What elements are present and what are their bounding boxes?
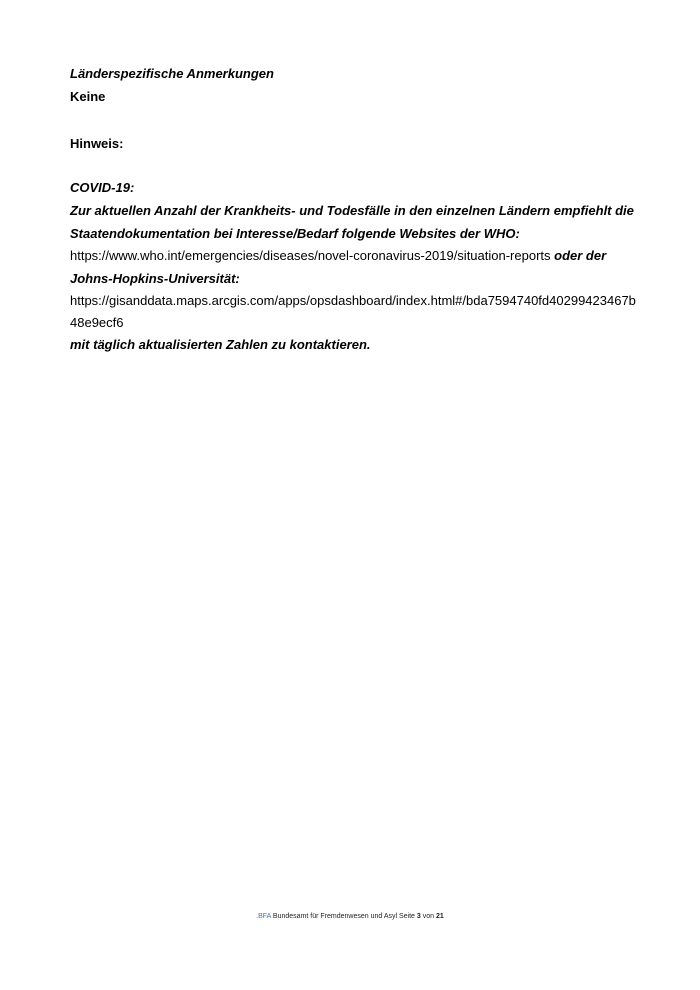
country-notes-heading: Länderspezifische Anmerkungen: [70, 66, 274, 82]
bfa-logo-text: .BFA: [256, 913, 271, 920]
footer-organization: Bundesamt für Fremdenwesen und Asyl: [273, 913, 397, 920]
footer-page-label: Seite: [399, 913, 415, 920]
footer-page-current: 3: [417, 913, 421, 920]
closing-text: mit täglich aktualisierten Zahlen zu kon…: [70, 337, 371, 353]
who-url-link[interactable]: https://www.who.int/emergencies/diseases…: [70, 248, 551, 263]
footer-page-of: von: [423, 913, 434, 920]
country-notes-value: Keine: [70, 89, 105, 105]
footer-page-total: 21: [436, 913, 444, 920]
covid-text-line-1: Zur aktuellen Anzahl der Krankheits- und…: [70, 203, 634, 219]
jhu-url-link-part-2[interactable]: 48e9ecf6: [70, 315, 124, 331]
covid-text-line-2: Staatendokumentation bei Interesse/Bedar…: [70, 226, 520, 242]
hint-label: Hinweis:: [70, 136, 123, 152]
jhu-url-link-part-1[interactable]: https://gisanddata.maps.arcgis.com/apps/…: [70, 293, 636, 309]
covid-title: COVID-19:: [70, 180, 134, 196]
who-line: https://www.who.int/emergencies/diseases…: [70, 248, 606, 264]
or-text: oder der: [554, 248, 606, 263]
document-page: Länderspezifische Anmerkungen Keine Hinw…: [0, 0, 700, 990]
jhu-label: Johns-Hopkins-Universität:: [70, 271, 240, 287]
page-footer: .BFA Bundesamt für Fremdenwesen und Asyl…: [0, 912, 700, 922]
